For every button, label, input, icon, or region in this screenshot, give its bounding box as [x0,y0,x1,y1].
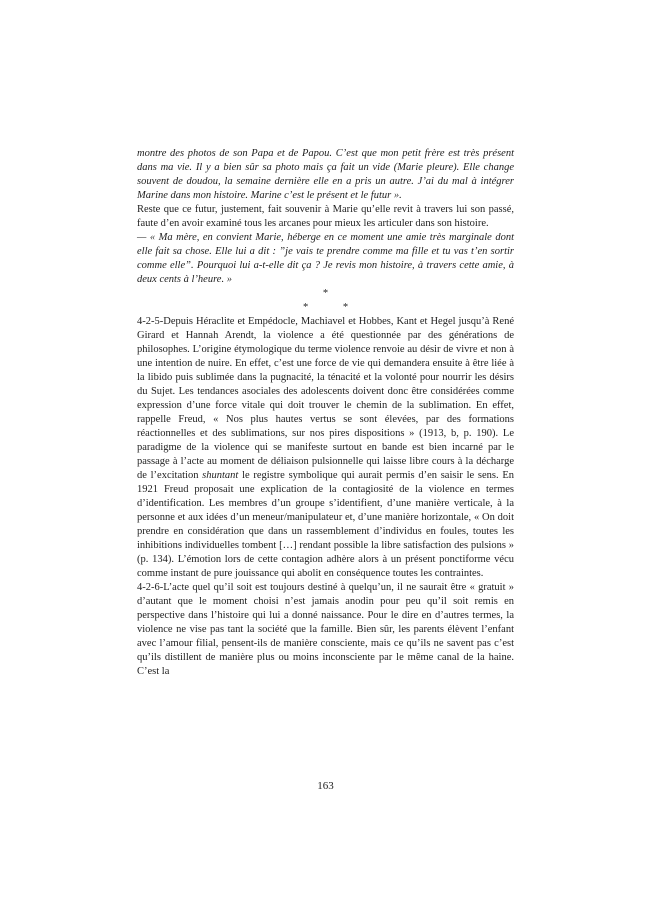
quote-paragraph-continuation: montre des photos de son Papa et de Papo… [137,147,514,203]
italic-term-shuntant: shuntant [202,470,238,481]
section-4-2-5-paragraph: 4-2-5-Depuis Héraclite et Empédocle, Mac… [137,315,514,581]
page-text-block: montre des photos de son Papa et de Papo… [137,147,514,679]
quote-paragraph-marie: — « Ma mère, en convient Marie, héberge … [137,231,514,287]
page-number: 163 [137,778,514,794]
asterisk-bottom-right: * [343,301,348,315]
separator-row-bottom: * * [137,301,514,315]
narrative-paragraph: Reste que ce futur, justement, fait souv… [137,203,514,231]
separator-row-top: * [137,287,514,301]
asterisk-bottom-left: * [303,301,308,315]
document-page: montre des photos de son Papa et de Papo… [0,0,650,920]
section-4-2-6-paragraph: 4-2-6-L’acte quel qu’il soit est toujour… [137,581,514,679]
section-4-2-5-text-before-italic: 4-2-5-Depuis Héraclite et Empédocle, Mac… [137,316,514,481]
section-separator: * * * [137,287,514,315]
section-4-2-5-text-after-italic: le registre symbolique qui aurait permis… [137,470,514,579]
asterisk-top: * [323,288,328,299]
